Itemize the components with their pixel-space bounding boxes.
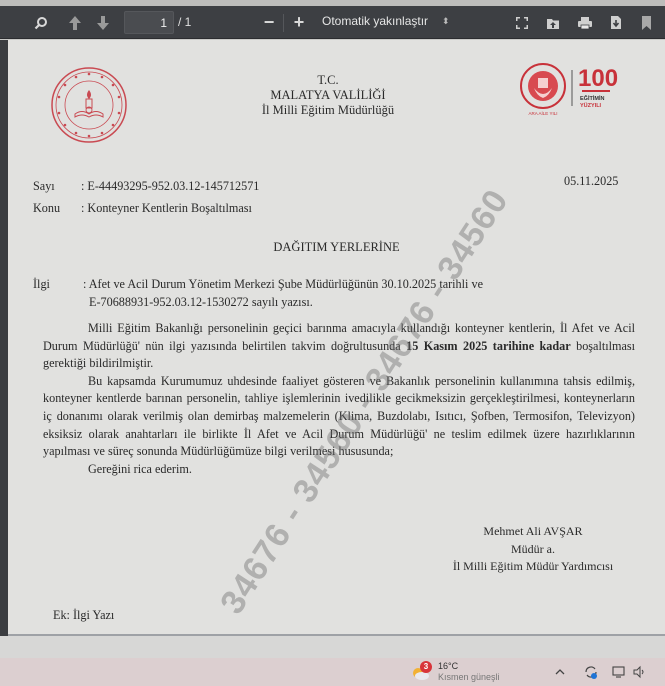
temperature: 16°C (438, 661, 500, 672)
document-date: 05.11.2025 (564, 174, 618, 189)
sayi-value: : E-44493295-952.03.12-145712571 (81, 179, 259, 193)
education-century-logo: ARA AİLE YILI 100 EĞİTİMİN YÜZYILI (516, 60, 636, 120)
letter-body: Milli Eğitim Bakanlığı personelinin geçi… (43, 320, 635, 478)
sayi-row: Sayı: E-44493295-952.03.12-145712571 (33, 179, 259, 194)
meb-seal-logo (50, 66, 128, 144)
search-icon[interactable] (30, 6, 52, 39)
konu-row: Konu: Konteyner Kentlerin Boşaltılması (33, 201, 252, 216)
attachment-line: Ek: İlgi Yazı (53, 608, 114, 623)
printer-icon[interactable] (574, 6, 596, 39)
speaker-icon[interactable] (633, 664, 647, 680)
signature-block: Mehmet Ali AVŞAR Müdür a. İl Milli Eğiti… (428, 523, 638, 576)
konu-value: : Konteyner Kentlerin Boşaltılması (81, 201, 252, 215)
logo-caption-2: YÜZYILI (580, 102, 602, 109)
desktop-gap (0, 636, 665, 658)
plus-icon: + (294, 12, 305, 33)
logo-caption-1: EĞİTİMİN (580, 94, 604, 102)
paragraph-2: Bu kapsamda Kurumumuz uhdesinde faaliyet… (43, 373, 635, 461)
chevron-up-icon[interactable] (555, 664, 565, 680)
bookmark-icon[interactable] (638, 6, 654, 39)
zoom-out-button[interactable]: − (260, 6, 278, 39)
ilgi-line-2: E-70688931-952.03.12-1530272 sayılı yazı… (83, 294, 633, 312)
arrow-down-icon[interactable] (92, 6, 114, 39)
closing-line: Gereğini rica ederim. (43, 461, 635, 479)
document-page: T.C. MALATYA VALİLİĞİ İl Milli Eğitim Mü… (8, 40, 665, 636)
paragraph-1: Milli Eğitim Bakanlığı personelinin geçi… (43, 320, 635, 373)
open-file-icon[interactable] (543, 6, 563, 39)
document-header: T.C. MALATYA VALİLİĞİ İl Milli Eğitim Mü… (228, 73, 428, 118)
signer-role: Müdür a. (428, 541, 638, 559)
deadline-bold: 15 Kasım 2025 tarihine kadar (406, 339, 571, 353)
pdf-toolbar: 1 / 1 − + Otomatik yakınlaştır ⬍ (0, 6, 665, 39)
zoom-select-value: Otomatik yakınlaştır (322, 14, 428, 28)
sayi-label: Sayı (33, 179, 81, 194)
page-number-input[interactable]: 1 (124, 11, 174, 34)
arrow-up-icon[interactable] (64, 6, 86, 39)
family-year-caption: ARA AİLE YILI (529, 110, 558, 116)
select-arrows-icon: ⬍ (442, 17, 450, 26)
ilgi-line-1: : Afet ve Acil Durum Yönetim Merkezi Şub… (83, 276, 633, 294)
signer-title: İl Milli Eğitim Müdür Yardımcısı (428, 558, 638, 576)
fullscreen-icon[interactable] (512, 6, 532, 39)
ilgi-label: İlgi (33, 276, 50, 294)
weather-icon: 3 (410, 661, 432, 683)
weather-description: Kısmen güneşli (438, 672, 500, 683)
signer-name: Mehmet Ali AVŞAR (428, 523, 638, 541)
notification-badge: 3 (420, 661, 432, 673)
download-icon[interactable] (606, 6, 626, 39)
konu-label: Konu (33, 201, 81, 216)
zoom-select[interactable]: Otomatik yakınlaştır ⬍ (322, 14, 450, 28)
header-directorate: İl Milli Eğitim Müdürlüğü (228, 103, 428, 118)
header-governorship: MALATYA VALİLİĞİ (228, 88, 428, 103)
weather-widget[interactable]: 3 16°C Kısmen güneşli (410, 661, 500, 683)
viewer-left-edge (0, 40, 8, 636)
toolbar-separator (283, 14, 284, 32)
sync-icon[interactable] (583, 664, 599, 680)
page-total: / 1 (178, 15, 191, 29)
taskbar: 3 16°C Kısmen güneşli (0, 658, 665, 686)
ilgi-body: : Afet ve Acil Durum Yönetim Merkezi Şub… (83, 276, 633, 311)
logo-100: 100 (578, 65, 618, 92)
distribution-heading: DAĞITIM YERLERİNE (8, 240, 665, 255)
minus-icon: − (264, 12, 275, 33)
zoom-in-button[interactable]: + (290, 6, 308, 39)
header-tc: T.C. (228, 73, 428, 88)
network-icon[interactable] (612, 664, 626, 680)
